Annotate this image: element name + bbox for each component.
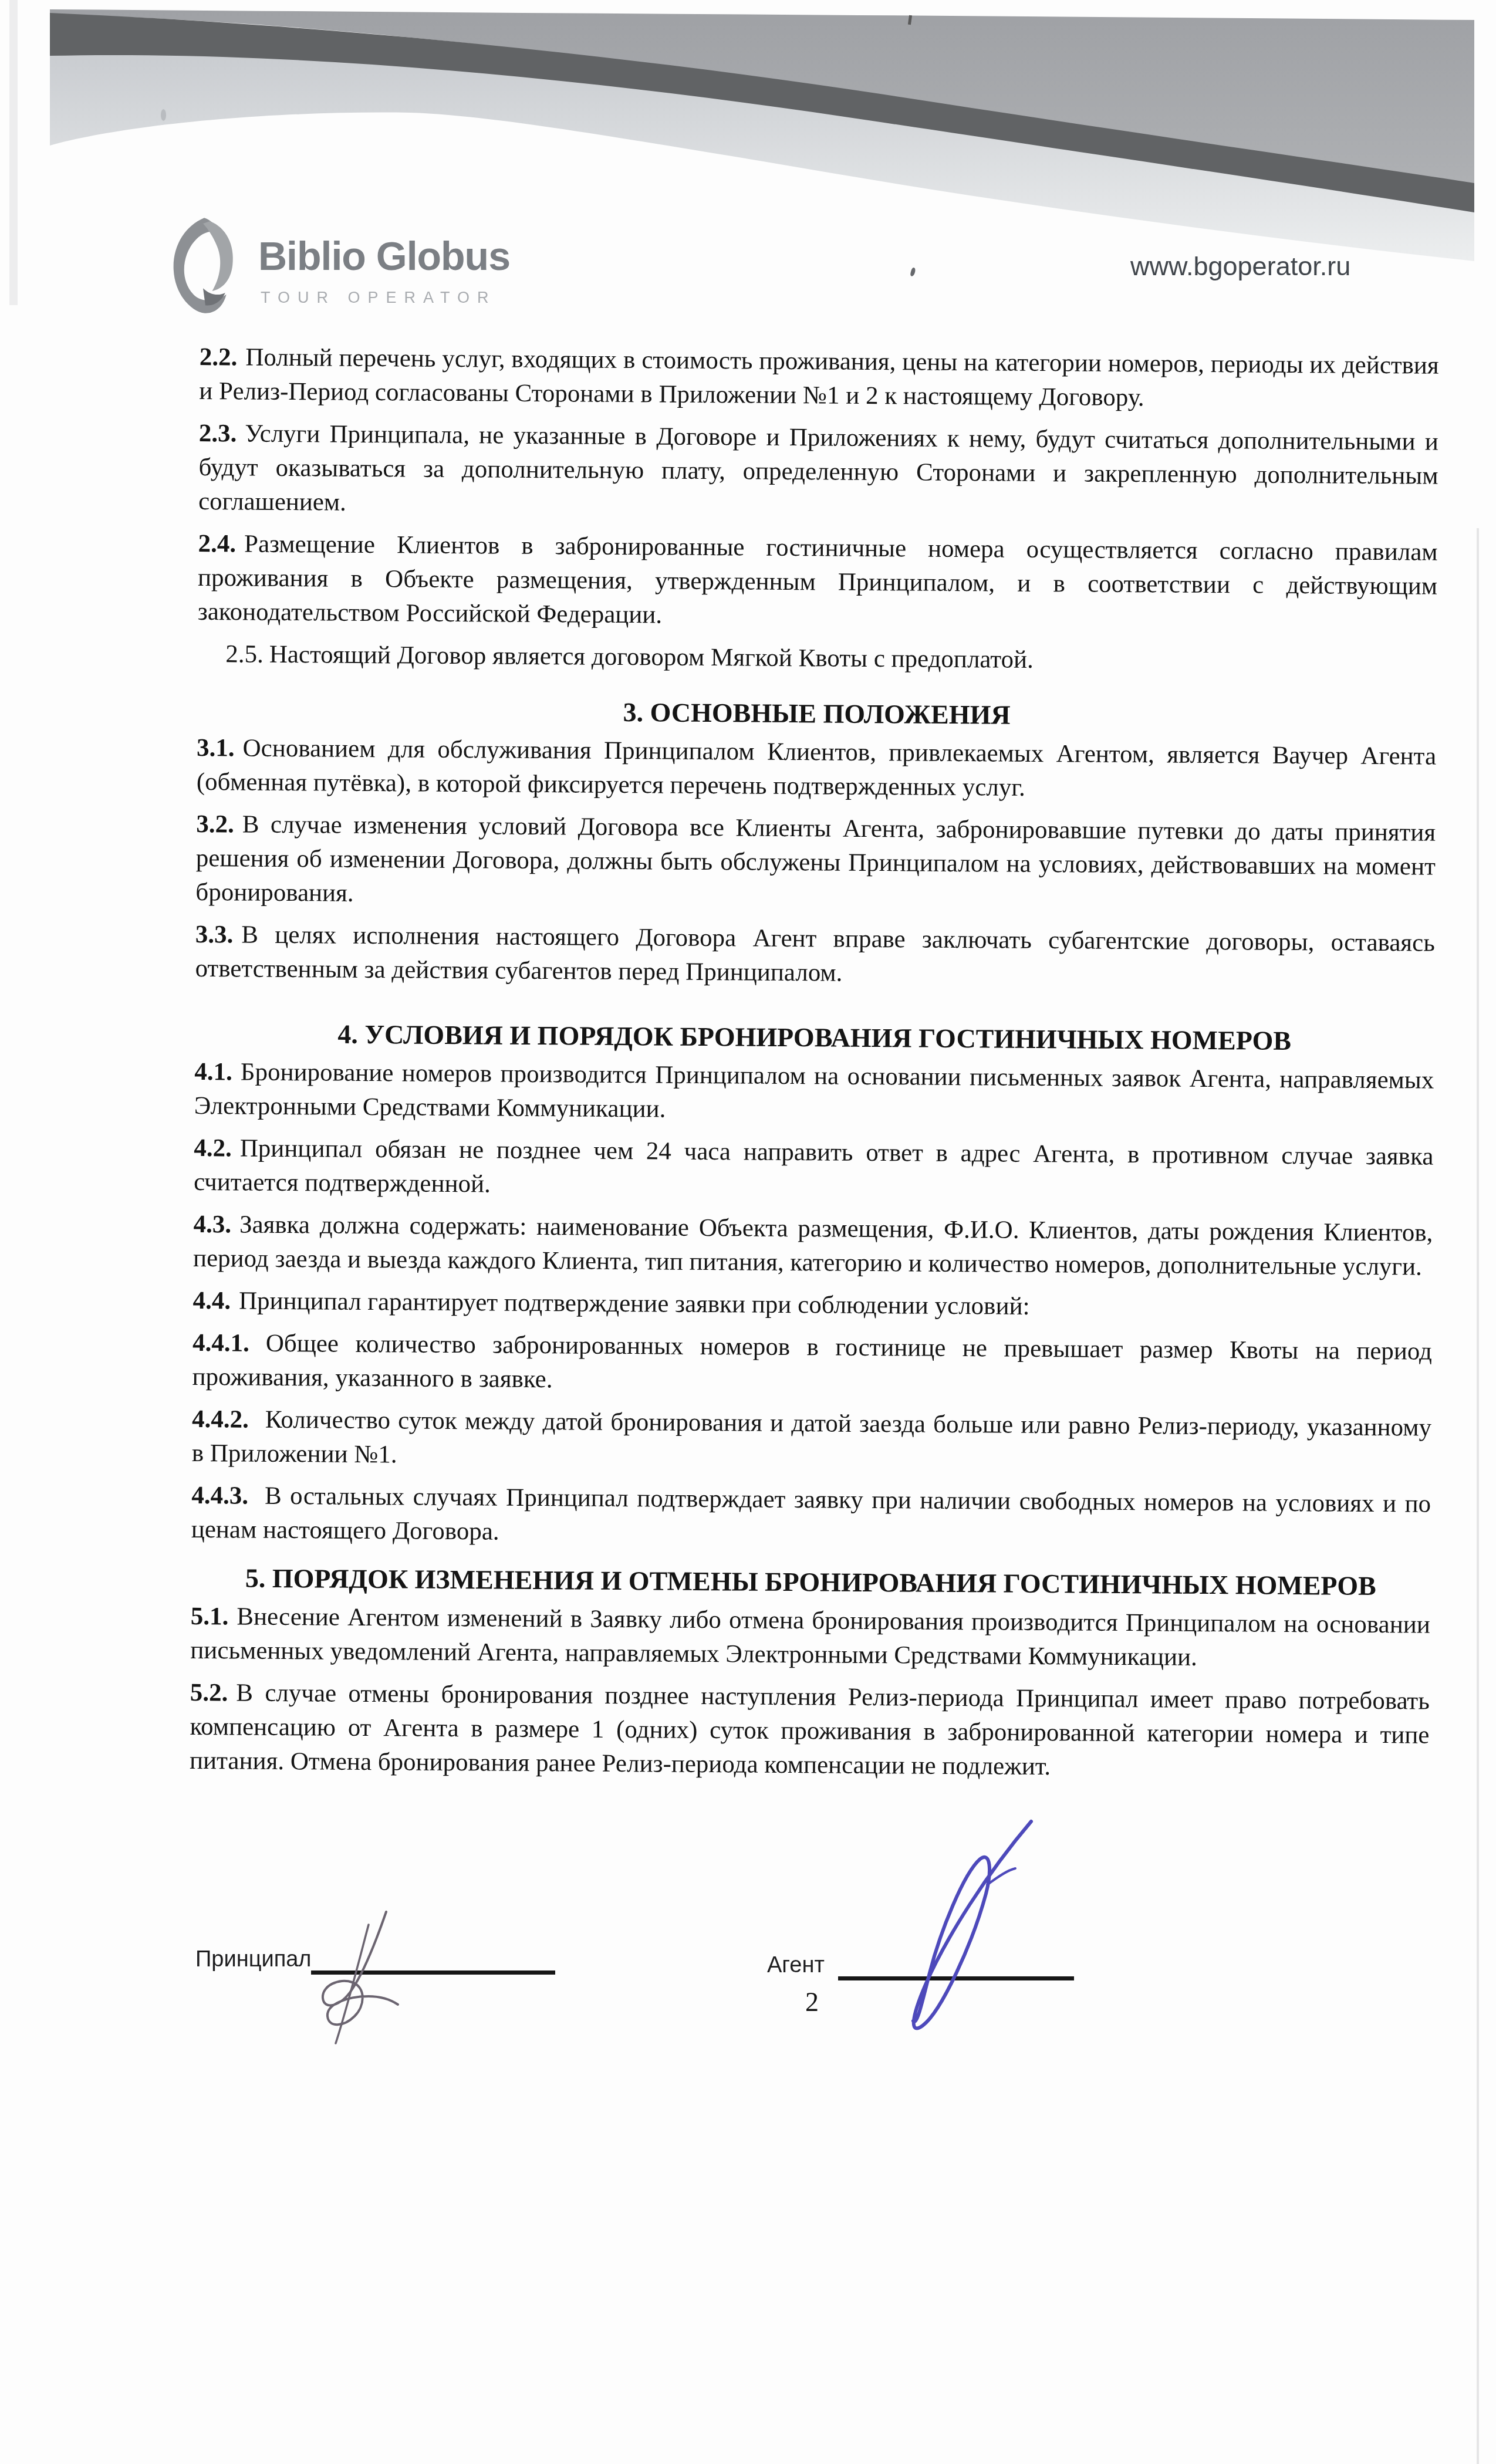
clause-number: 3.2. xyxy=(196,810,242,839)
clause-2-4: 2.4.Размещение Клиентов в забронированны… xyxy=(198,527,1438,638)
clause-number: 4.4.1. xyxy=(193,1329,266,1357)
clause-number: 4.1. xyxy=(194,1058,241,1086)
clause-number: 2.3. xyxy=(199,420,245,448)
clause-number: 4.2. xyxy=(194,1134,240,1162)
clause-number: 3.1. xyxy=(197,734,243,762)
clause-text: Внесение Агентом изменений в Заявку либо… xyxy=(190,1603,1430,1671)
clause-text: В целях исполнения настоящего Договора А… xyxy=(195,921,1435,987)
agent-label: Агент xyxy=(767,1953,825,1978)
section-heading-5: 5. ПОРЯДОК ИЗМЕНЕНИЯ И ОТМЕНЫ БРОНИРОВАН… xyxy=(191,1561,1430,1604)
clause-number: 2.5. xyxy=(225,640,269,668)
section-heading-4: 4. УСЛОВИЯ И ПОРЯДОК БРОНИРОВАНИЯ ГОСТИН… xyxy=(195,1016,1434,1059)
contract-body: 2.2.Полный перечень услуг, входящих в ст… xyxy=(190,340,1439,1795)
clause-4-2: 4.2.Принципал обязан не позднее чем 24 ч… xyxy=(194,1131,1434,1208)
clause-text: Бронирование номеров производится Принци… xyxy=(194,1059,1434,1123)
clause-text: Принципал обязан не позднее чем 24 часа … xyxy=(194,1135,1434,1198)
clause-number: 3.3. xyxy=(195,921,242,949)
clause-4-4-3: 4.4.3.В остальных случаях Принципал подт… xyxy=(191,1479,1431,1556)
clause-text: В случае изменения условий Договора все … xyxy=(195,811,1436,907)
brand-title: Biblio Globus xyxy=(258,234,510,279)
clause-text: Принципал гарантирует подтверждение заяв… xyxy=(239,1287,1030,1320)
scanned-contract-page: Biblio Globus TOUR OPERATOR www.bgoperat… xyxy=(0,0,1496,2464)
clause-number: 5.2. xyxy=(190,1679,237,1707)
clause-4-4-2: 4.4.2.Количество суток между датой брони… xyxy=(192,1402,1432,1479)
agent-signature-line xyxy=(838,1976,1074,1980)
clause-text: Заявка должна содержать: наименование Об… xyxy=(193,1211,1433,1281)
clause-text: В случае отмены бронирования позднее нас… xyxy=(190,1679,1430,1780)
agent-signature-ink xyxy=(852,1814,1046,2037)
principal-signature-line xyxy=(311,1970,555,1975)
clause-number: 4.4. xyxy=(193,1287,239,1315)
clause-text: Общее количество забронированных номеров… xyxy=(193,1330,1433,1393)
clause-text: Основанием для обслуживания Принципалом … xyxy=(197,735,1437,802)
clause-text: Настоящий Договор является договором Мяг… xyxy=(269,641,1034,674)
page-number: 2 xyxy=(805,1986,819,2017)
clause-2-3: 2.3.Услуги Принципала, не указанные в До… xyxy=(198,417,1438,528)
clause-4-4-1: 4.4.1.Общее количество забронированных н… xyxy=(192,1326,1432,1403)
clause-text: Услуги Принципала, не указанные в Догово… xyxy=(198,420,1438,516)
principal-label: Принципал xyxy=(195,1947,312,1972)
clause-4-4: 4.4.Принципал гарантирует подтверждение … xyxy=(193,1284,1432,1327)
scan-edge-artifact-right xyxy=(1477,528,1479,2464)
clause-4-1: 4.1.Бронирование номеров производится Пр… xyxy=(194,1055,1434,1132)
clause-2-2: 2.2.Полный перечень услуг, входящих в ст… xyxy=(199,340,1439,417)
clause-text: Полный перечень услуг, входящих в стоимо… xyxy=(199,344,1439,412)
clause-number: 4.4.2. xyxy=(192,1405,265,1434)
clause-text: Размещение Клиентов в забронированные го… xyxy=(198,530,1438,629)
clause-number: 4.3. xyxy=(193,1211,239,1239)
clause-number: 2.2. xyxy=(200,343,246,371)
clause-3-1: 3.1.Основанием для обслуживания Принципа… xyxy=(197,731,1437,808)
clause-text: В остальных случаях Принципал подтвержда… xyxy=(191,1482,1431,1546)
section-heading-3: 3. ОСНОВНЫЕ ПОЛОЖЕНИЯ xyxy=(197,692,1436,735)
brand-tagline: TOUR OPERATOR xyxy=(261,289,497,307)
clause-number: 5.1. xyxy=(191,1603,237,1631)
clause-5-2: 5.2.В случае отмены бронирования позднее… xyxy=(190,1676,1430,1787)
clause-2-5: 2.5.Настоящий Договор является договором… xyxy=(197,637,1437,680)
biblio-globus-logo-icon xyxy=(169,215,237,316)
scan-speck xyxy=(161,109,166,121)
clause-5-1: 5.1.Внесение Агентом изменений в Заявку … xyxy=(190,1600,1430,1677)
clause-number: 2.4. xyxy=(198,530,244,558)
clause-4-3: 4.3.Заявка должна содержать: наименовани… xyxy=(193,1208,1433,1285)
clause-3-2: 3.2.В случае изменения условий Договора … xyxy=(195,807,1436,918)
clause-3-3: 3.3.В целях исполнения настоящего Догово… xyxy=(195,918,1435,995)
clause-text: Количество суток между датой бронировани… xyxy=(192,1406,1432,1469)
website-url: www.bgoperator.ru xyxy=(1130,251,1350,282)
clause-number: 4.4.3. xyxy=(191,1482,265,1510)
principal-signature-ink xyxy=(293,1907,428,2048)
